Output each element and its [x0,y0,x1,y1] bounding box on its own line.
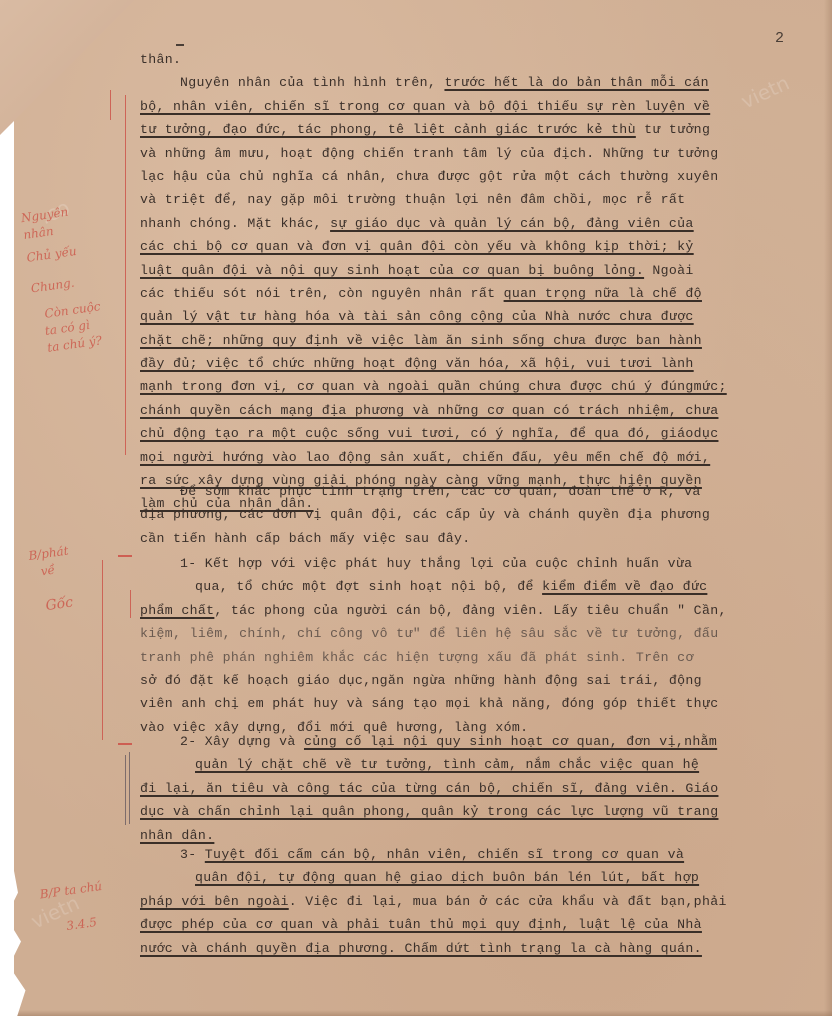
text-line: 2- Xây dựng và củng cố lại nội quy sinh … [140,730,790,753]
text-line: địa phương, các đơn vị quân đội, các cấp… [140,503,790,526]
text-fragment: Xây dựng và [205,734,304,749]
text-fragment: tư tưởng [636,122,710,137]
item-number: 1- [180,556,197,571]
text-line: Nguyên nhân của tình hình trên, trước hế… [140,71,790,94]
text-line: 1- Kết hợp với việc phát huy thắng lợi c… [140,552,790,575]
text-line: dục và chấn chỉnh lại quân phong, quân k… [140,800,790,823]
paragraph-remedies-intro: Để sớm khắc phục tình trạng trên, các cơ… [140,480,790,550]
text-line: qua, tổ chức một đợt sinh hoạt nội bộ, đ… [140,575,790,598]
text-fragment: Kết hợp với việc phát huy thắng lợi của … [205,556,693,571]
text-line: mạnh trong đơn vị, cơ quan và ngoài quần… [140,375,790,398]
text-line: thân. [140,48,790,71]
text-line: chánh quyền cách mạng địa phương và nhữn… [140,399,790,422]
list-item-2: 2- Xây dựng và củng cố lại nội quy sinh … [140,730,790,847]
text-line: 3- Tuyệt đối cấm cán bộ, nhân viên, chiế… [140,843,790,866]
underlined-text: quan trọng nữa là chế độ [504,286,702,301]
list-item-3: 3- Tuyệt đối cấm cán bộ, nhân viên, chiế… [140,843,790,960]
underlined-text: Tuyệt đối cấm cán bộ, nhân viên, chiến s… [205,847,684,862]
text-fragment: Nguyên nhân của tình hình trên, [180,75,444,90]
text-line: sở đó đặt kế hoạch giáo dục,ngăn ngừa nh… [140,669,790,692]
text-line: chủ động tạo ra một cuộc sống vui tươi, … [140,422,790,445]
text-line: phẩm chất, tác phong của người cán bộ, đ… [140,599,790,622]
item-number: 3- [180,847,197,862]
text-line: đi lại, ăn tiêu và công tác của từng cán… [140,777,790,800]
underlined-text: tư tưởng, đạo đức, tác phong, tê liệt cả… [140,122,636,137]
text-fragment: qua, tổ chức một đợt sinh hoạt nội bộ, đ… [195,579,542,594]
text-line: bộ, nhân viên, chiến sĩ trong cơ quan và… [140,95,790,118]
underlined-text: sự giáo dục và quản lý cán bộ, đảng viên… [330,216,694,231]
text-line: được phép của cơ quan và phải tuân thủ m… [140,913,790,936]
text-line: kiệm, liêm, chính, chí công vô tư" để li… [140,622,790,645]
text-line: và triệt để, nay gặp môi trường thuận lợ… [140,188,790,211]
annotation-dash [118,743,132,745]
list-item-1: 1- Kết hợp với việc phát huy thắng lợi c… [140,552,790,739]
margin-note-item-3: B/P ta chú 3.4.5 [39,878,108,938]
annotation-bracket [125,95,126,455]
annotation-bracket [130,590,131,618]
text-fragment: nhanh chóng. Mặt khác, [140,216,330,231]
text-line: lạc hậu của chủ nghĩa cá nhân, chưa được… [140,165,790,188]
typed-dash [176,44,184,46]
text-line: Để sớm khắc phục tình trạng trên, các cơ… [140,480,790,503]
pencil-margin-mark [125,755,126,825]
underlined-text: pháp với bên ngoài [140,894,289,909]
text-line: tranh phê phán nghiêm khắc các hiện tượn… [140,646,790,669]
text-fragment: . Việc đi lại, mua bán ở các cửa khẩu và… [289,894,727,909]
underlined-text: luật quân đội và nội quy sinh hoạt của c… [140,263,644,278]
item-number: 2- [180,734,197,749]
paper-edge [824,0,832,1016]
underlined-text: kiểm điểm về đạo đức [542,579,707,594]
annotation-bracket [110,90,111,120]
text-fragment: Ngoài [644,263,694,278]
annotation-dash [118,555,132,557]
text-line: các chi bộ cơ quan và đơn vị quân đội cò… [140,235,790,258]
text-line: luật quân đội và nội quy sinh hoạt của c… [140,259,790,282]
text-line: pháp với bên ngoài. Việc đi lại, mua bán… [140,890,790,913]
note-line: Chung. [30,271,98,297]
annotation-bracket [102,560,103,740]
underlined-text: củng cố lại nội quy sinh hoạt cơ quan, đ… [304,734,717,749]
note-line: Chủ yếu [26,241,94,267]
text-line: đầy đủ; việc tổ chức những hoạt động văn… [140,352,790,375]
text-fragment: , tác phong của người cán bộ, đảng viên.… [214,603,726,618]
text-line: mọi người hướng vào lao động sản xuất, c… [140,446,790,469]
text-line: và những âm mưu, hoạt động chiến tranh t… [140,142,790,165]
text-line: cần tiến hành cấp bách mấy việc sau đây. [140,527,790,550]
text-line: viên anh chị em phát huy và sáng tạo mọi… [140,692,790,715]
text-line: tư tưởng, đạo đức, tác phong, tê liệt cả… [140,118,790,141]
page-number: 2 [775,30,785,47]
text-line: chặt chẽ; những quy định về việc làm ăn … [140,329,790,352]
text-line: nhanh chóng. Mặt khác, sự giáo dục và qu… [140,212,790,235]
paper-edge [14,1010,832,1016]
text-line: quản lý vật tư hàng hóa và tài sản công … [140,305,790,328]
text-fragment: các thiếu sót nói trên, còn nguyên nhân … [140,286,504,301]
text-line: nước và chánh quyền địa phương. Chấm dứt… [140,937,790,960]
text-line: quân đội, tự động quan hệ giao dịch buôn… [140,866,790,889]
paragraph-causes: thân. Nguyên nhân của tình hình trên, tr… [140,48,790,516]
underlined-text: trước hết là do bản thân mỗi cán [444,75,708,90]
text-line: các thiếu sót nói trên, còn nguyên nhân … [140,282,790,305]
text-line: quản lý chặt chẽ về tư tưởng, tình cảm, … [140,753,790,776]
underlined-text: phẩm chất [140,603,214,618]
pencil-margin-mark [129,752,130,824]
